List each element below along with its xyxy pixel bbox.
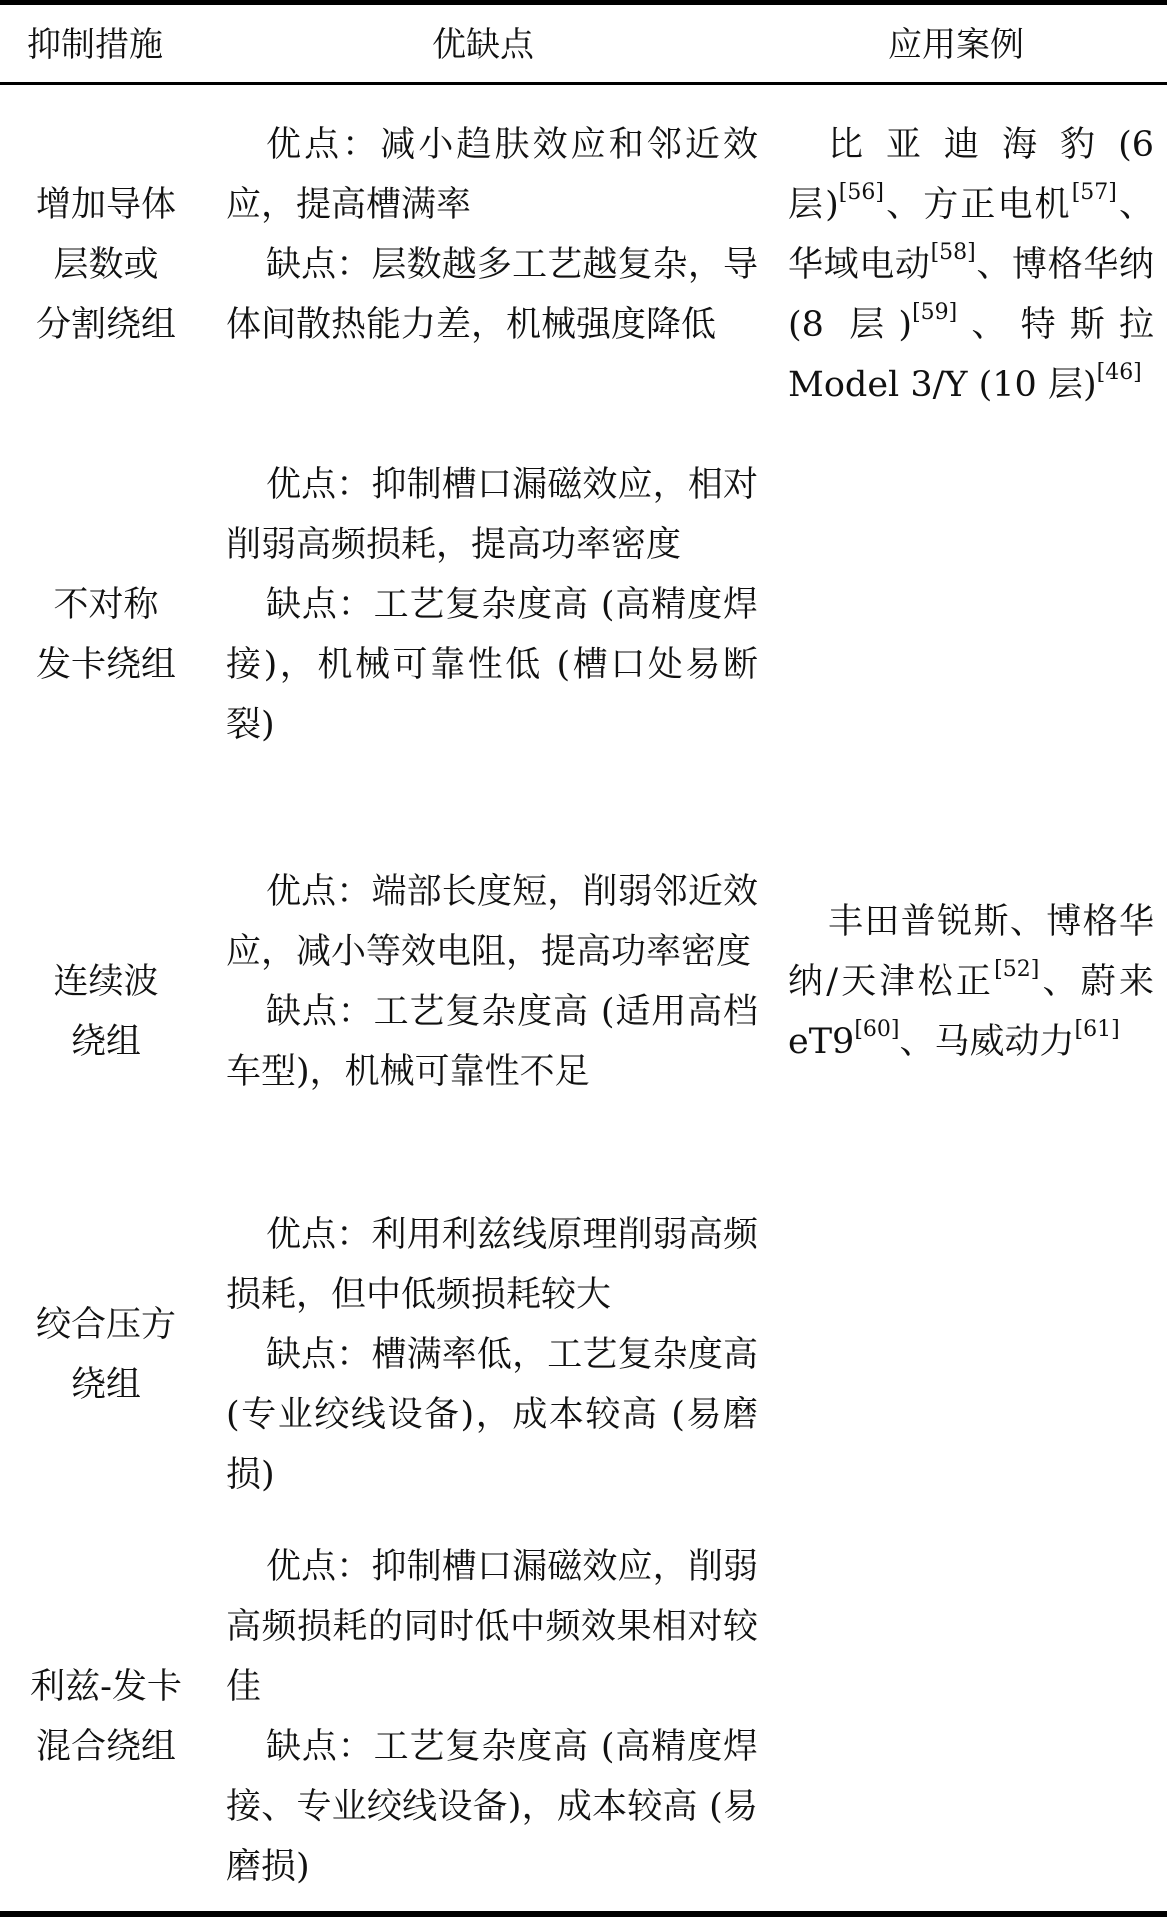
- pros-text: 优点：减小趋肤效应和邻近效应，提高槽满率: [226, 115, 758, 235]
- measure-line: 增加导体: [10, 175, 202, 235]
- header-rule: [0, 82, 1167, 85]
- measure-line: 绞合压方: [10, 1295, 202, 1355]
- pros-cons-cell: 优点：减小趋肤效应和邻近效应，提高槽满率 缺点：层数越多工艺越复杂，导体间散热能…: [226, 115, 758, 355]
- bottom-rule: [0, 1911, 1167, 1917]
- cons-text: 缺点：工艺复杂度高 (适用高档车型)，机械可靠性不足: [226, 982, 758, 1102]
- measure-line: 层数或: [10, 235, 202, 295]
- cons-text: 缺点：层数越多工艺越复杂，导体间散热能力差，机械强度降低: [226, 235, 758, 355]
- measure-line: 绕组: [10, 1355, 202, 1415]
- pros-text: 优点：抑制槽口漏磁效应，相对削弱高频损耗，提高功率密度: [226, 455, 758, 575]
- cases-cell: 丰田普锐斯、博格华纳/天津松正[52]、蔚来 eT9[60]、马威动力[61]: [788, 892, 1154, 1072]
- cons-text: 缺点：槽满率低，工艺复杂度高 (专业绞线设备)，成本较高 (易磨损): [226, 1325, 758, 1505]
- measure-cell: 利兹-发卡 混合绕组: [10, 1657, 202, 1777]
- pros-cons-cell: 优点：抑制槽口漏磁效应，削弱高频损耗的同时低中频效果相对较佳 缺点：工艺复杂度高…: [226, 1537, 758, 1897]
- cases-text: 丰田普锐斯、博格华纳/天津松正[52]、蔚来 eT9[60]、马威动力[61]: [788, 892, 1154, 1072]
- pros-cons-cell: 优点：端部长度短，削弱邻近效应，减小等效电阻，提高功率密度 缺点：工艺复杂度高 …: [226, 862, 758, 1102]
- header-cases: 应用案例: [888, 20, 1024, 70]
- cases-text: 比 亚 迪 海 豹 (6 层)[56]、方正电机[57]、华域电动[58]、博格…: [788, 115, 1154, 415]
- pros-text: 优点：抑制槽口漏磁效应，削弱高频损耗的同时低中频效果相对较佳: [226, 1537, 758, 1717]
- pros-cons-cell: 优点：利用利兹线原理削弱高频损耗，但中低频损耗较大 缺点：槽满率低，工艺复杂度高…: [226, 1205, 758, 1505]
- measure-cell: 连续波 绕组: [10, 952, 202, 1072]
- cons-text: 缺点：工艺复杂度高 (高精度焊接、专业绞线设备)，成本较高 (易磨损): [226, 1717, 758, 1897]
- measure-line: 连续波: [10, 952, 202, 1012]
- cons-text: 缺点：工艺复杂度高 (高精度焊接)，机械可靠性低 (槽口处易断裂): [226, 575, 758, 755]
- top-rule: [0, 0, 1167, 5]
- measure-cell: 增加导体 层数或 分割绕组: [10, 175, 202, 355]
- measure-cell: 绞合压方 绕组: [10, 1295, 202, 1415]
- pros-text: 优点：端部长度短，削弱邻近效应，减小等效电阻，提高功率密度: [226, 862, 758, 982]
- pros-text: 优点：利用利兹线原理削弱高频损耗，但中低频损耗较大: [226, 1205, 758, 1325]
- pros-cons-cell: 优点：抑制槽口漏磁效应，相对削弱高频损耗，提高功率密度 缺点：工艺复杂度高 (高…: [226, 455, 758, 755]
- measure-line: 绕组: [10, 1012, 202, 1072]
- header-pros-cons: 优缺点: [0, 20, 980, 70]
- measure-line: 利兹-发卡: [10, 1657, 202, 1717]
- measure-line: 分割绕组: [10, 295, 202, 355]
- measure-cell: 不对称 发卡绕组: [10, 575, 202, 695]
- measure-line: 不对称: [10, 575, 202, 635]
- header-pros-cons-label: 优缺点: [432, 20, 534, 70]
- cases-cell: 比 亚 迪 海 豹 (6 层)[56]、方正电机[57]、华域电动[58]、博格…: [788, 115, 1154, 415]
- measure-line: 混合绕组: [10, 1717, 202, 1777]
- measure-line: 发卡绕组: [10, 635, 202, 695]
